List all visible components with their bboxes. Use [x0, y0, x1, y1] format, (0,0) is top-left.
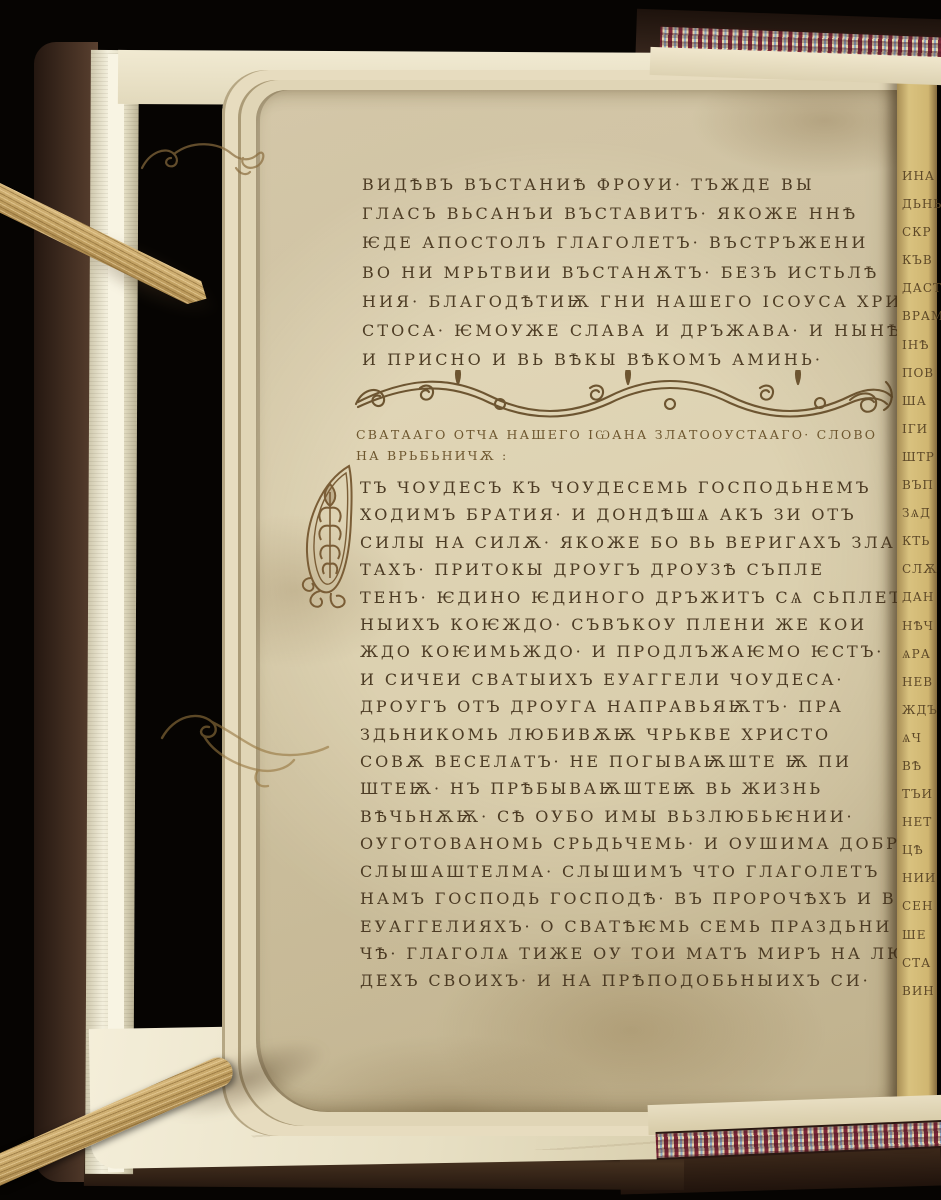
text-line: оуготованомь срьдьчемь· и оушима добрѣ	[360, 830, 918, 857]
facing-page-text-fragments: инадьньскркъвдастврамінѣповшаігиштрвъпзѧ…	[902, 162, 941, 1005]
text-fragment: вин	[902, 977, 941, 1005]
facing-page-edge: инадьньскркъвдастврамінѣповшаігиштрвъпзѧ…	[897, 58, 937, 1142]
margin-flourish-top	[136, 130, 274, 194]
text-fragment: пов	[902, 359, 941, 387]
text-line: здьникомь любивѫѭ чрькве христо	[360, 721, 918, 748]
text-line: ходимъ братия· и дондѣшѧ акъ зи отъ	[360, 501, 918, 528]
closing-paragraph: видѣвъ въстаниѣ фроуи· тъжде выгласъ вьс…	[362, 170, 902, 374]
text-fragment: ѧч	[902, 724, 941, 752]
text-fragment: дан	[902, 583, 941, 611]
text-fragment: даст	[902, 274, 941, 302]
text-line: тенъ· ѥдино ѥдиного дръжитъ сѧ сьплете	[360, 584, 918, 611]
text-line: дехъ своихъ· и на прѣподобьныихъ си·	[360, 967, 918, 994]
text-line: во ни мрьтвии въстанѫтъ· безъ истьлѣ	[362, 258, 902, 287]
text-line: тъ чоудесъ къ чоудесемь господьнемъ	[360, 474, 918, 501]
text-fragment: ина	[902, 162, 941, 190]
text-line: ныихъ коѥждо· съвъкоу плени же кои	[360, 611, 918, 638]
text-line: силы на силѫ· якоже бо вь веригахъ зла	[360, 529, 918, 556]
homily-body: тъ чоудесъ къ чоудесемь господьнемъходим…	[360, 474, 918, 995]
manuscript-photo: видѣвъ въстаниѣ фроуи· тъжде выгласъ вьс…	[0, 0, 941, 1200]
text-fragment: сен	[902, 892, 941, 920]
text-fragment: тъи	[902, 780, 941, 808]
text-fragment: ждъ	[902, 696, 941, 724]
text-line: тахъ· притокы дроугъ дроузѣ съпле	[360, 556, 918, 583]
rubric-title: сватааго отча нашего іѡана златооустааго…	[356, 424, 877, 466]
text-line: дроугъ отъ дроуга направьяѭтъ· пра	[360, 693, 918, 720]
text-line: совѫ веселѧтъ· не погываѭште ѭ пи	[360, 748, 918, 775]
text-line: штеѭ· нъ прѣбываѭштеѭ вь жизнь	[360, 775, 918, 802]
text-line: вѣчьнѫѭ· сѣ оубо имы вьзлюбьѥнии·	[360, 803, 918, 830]
text-line: намъ господь господѣ· въ пророчѣхъ и вь	[360, 885, 918, 912]
text-fragment: ѧра	[902, 640, 941, 668]
text-line: чѣ· глаголѧ тиже оу тои матъ миръ на лю	[360, 940, 918, 967]
margin-flourish-middle	[154, 696, 338, 794]
text-fragment: нѣч	[902, 612, 941, 640]
text-fragment: нет	[902, 808, 941, 836]
text-line: ния· благодѣтиѭ гни нашего ісоуса хри	[362, 287, 902, 316]
text-line: ждо коѥимьждо· и продлъжаѥмо ѥстъ·	[360, 638, 918, 665]
text-fragment: къв	[902, 246, 941, 274]
text-fragment: нев	[902, 668, 941, 696]
ornamental-headpiece-band	[350, 370, 902, 420]
text-line: стоса· ѥмоуже слава и дръжава· и нынѣ	[362, 316, 902, 345]
text-fragment: въп	[902, 471, 941, 499]
rubric-line: на врьбьничѫ :	[356, 445, 877, 466]
text-line: слышаштелма· слышимъ что глаголетъ	[360, 858, 918, 885]
text-fragment: скр	[902, 218, 941, 246]
text-fragment: інѣ	[902, 331, 941, 359]
text-fragment: вѣ	[902, 752, 941, 780]
text-line: еуаггелияхъ· о сватѣѥмь семь праздьни	[360, 913, 918, 940]
text-fragment: штр	[902, 443, 941, 471]
rubric-line: сватааго отча нашего іѡана златооустааго…	[356, 424, 877, 445]
text-line: видѣвъ въстаниѣ фроуи· тъжде вы	[362, 170, 902, 199]
text-fragment: ше	[902, 921, 941, 949]
text-fragment: врам	[902, 302, 941, 330]
text-line: гласъ вьсанъи въставитъ· якоже ннѣ	[362, 199, 902, 228]
text-fragment: кть	[902, 527, 941, 555]
text-line: и сичеи сватыихъ еуаггели чоудеса·	[360, 666, 918, 693]
text-fragment: зѧд	[902, 499, 941, 527]
text-fragment: іги	[902, 415, 941, 443]
text-fragment: ша	[902, 387, 941, 415]
text-fragment: нии	[902, 864, 941, 892]
decorated-initial-letter-O	[296, 462, 362, 616]
text-fragment: слѫ	[902, 555, 941, 583]
text-fragment: ста	[902, 949, 941, 977]
text-fragment: дьнь	[902, 190, 941, 218]
text-fragment: цѣ	[902, 836, 941, 864]
text-line: ѥде апостолъ глаголетъ· въстръжени	[362, 228, 902, 257]
